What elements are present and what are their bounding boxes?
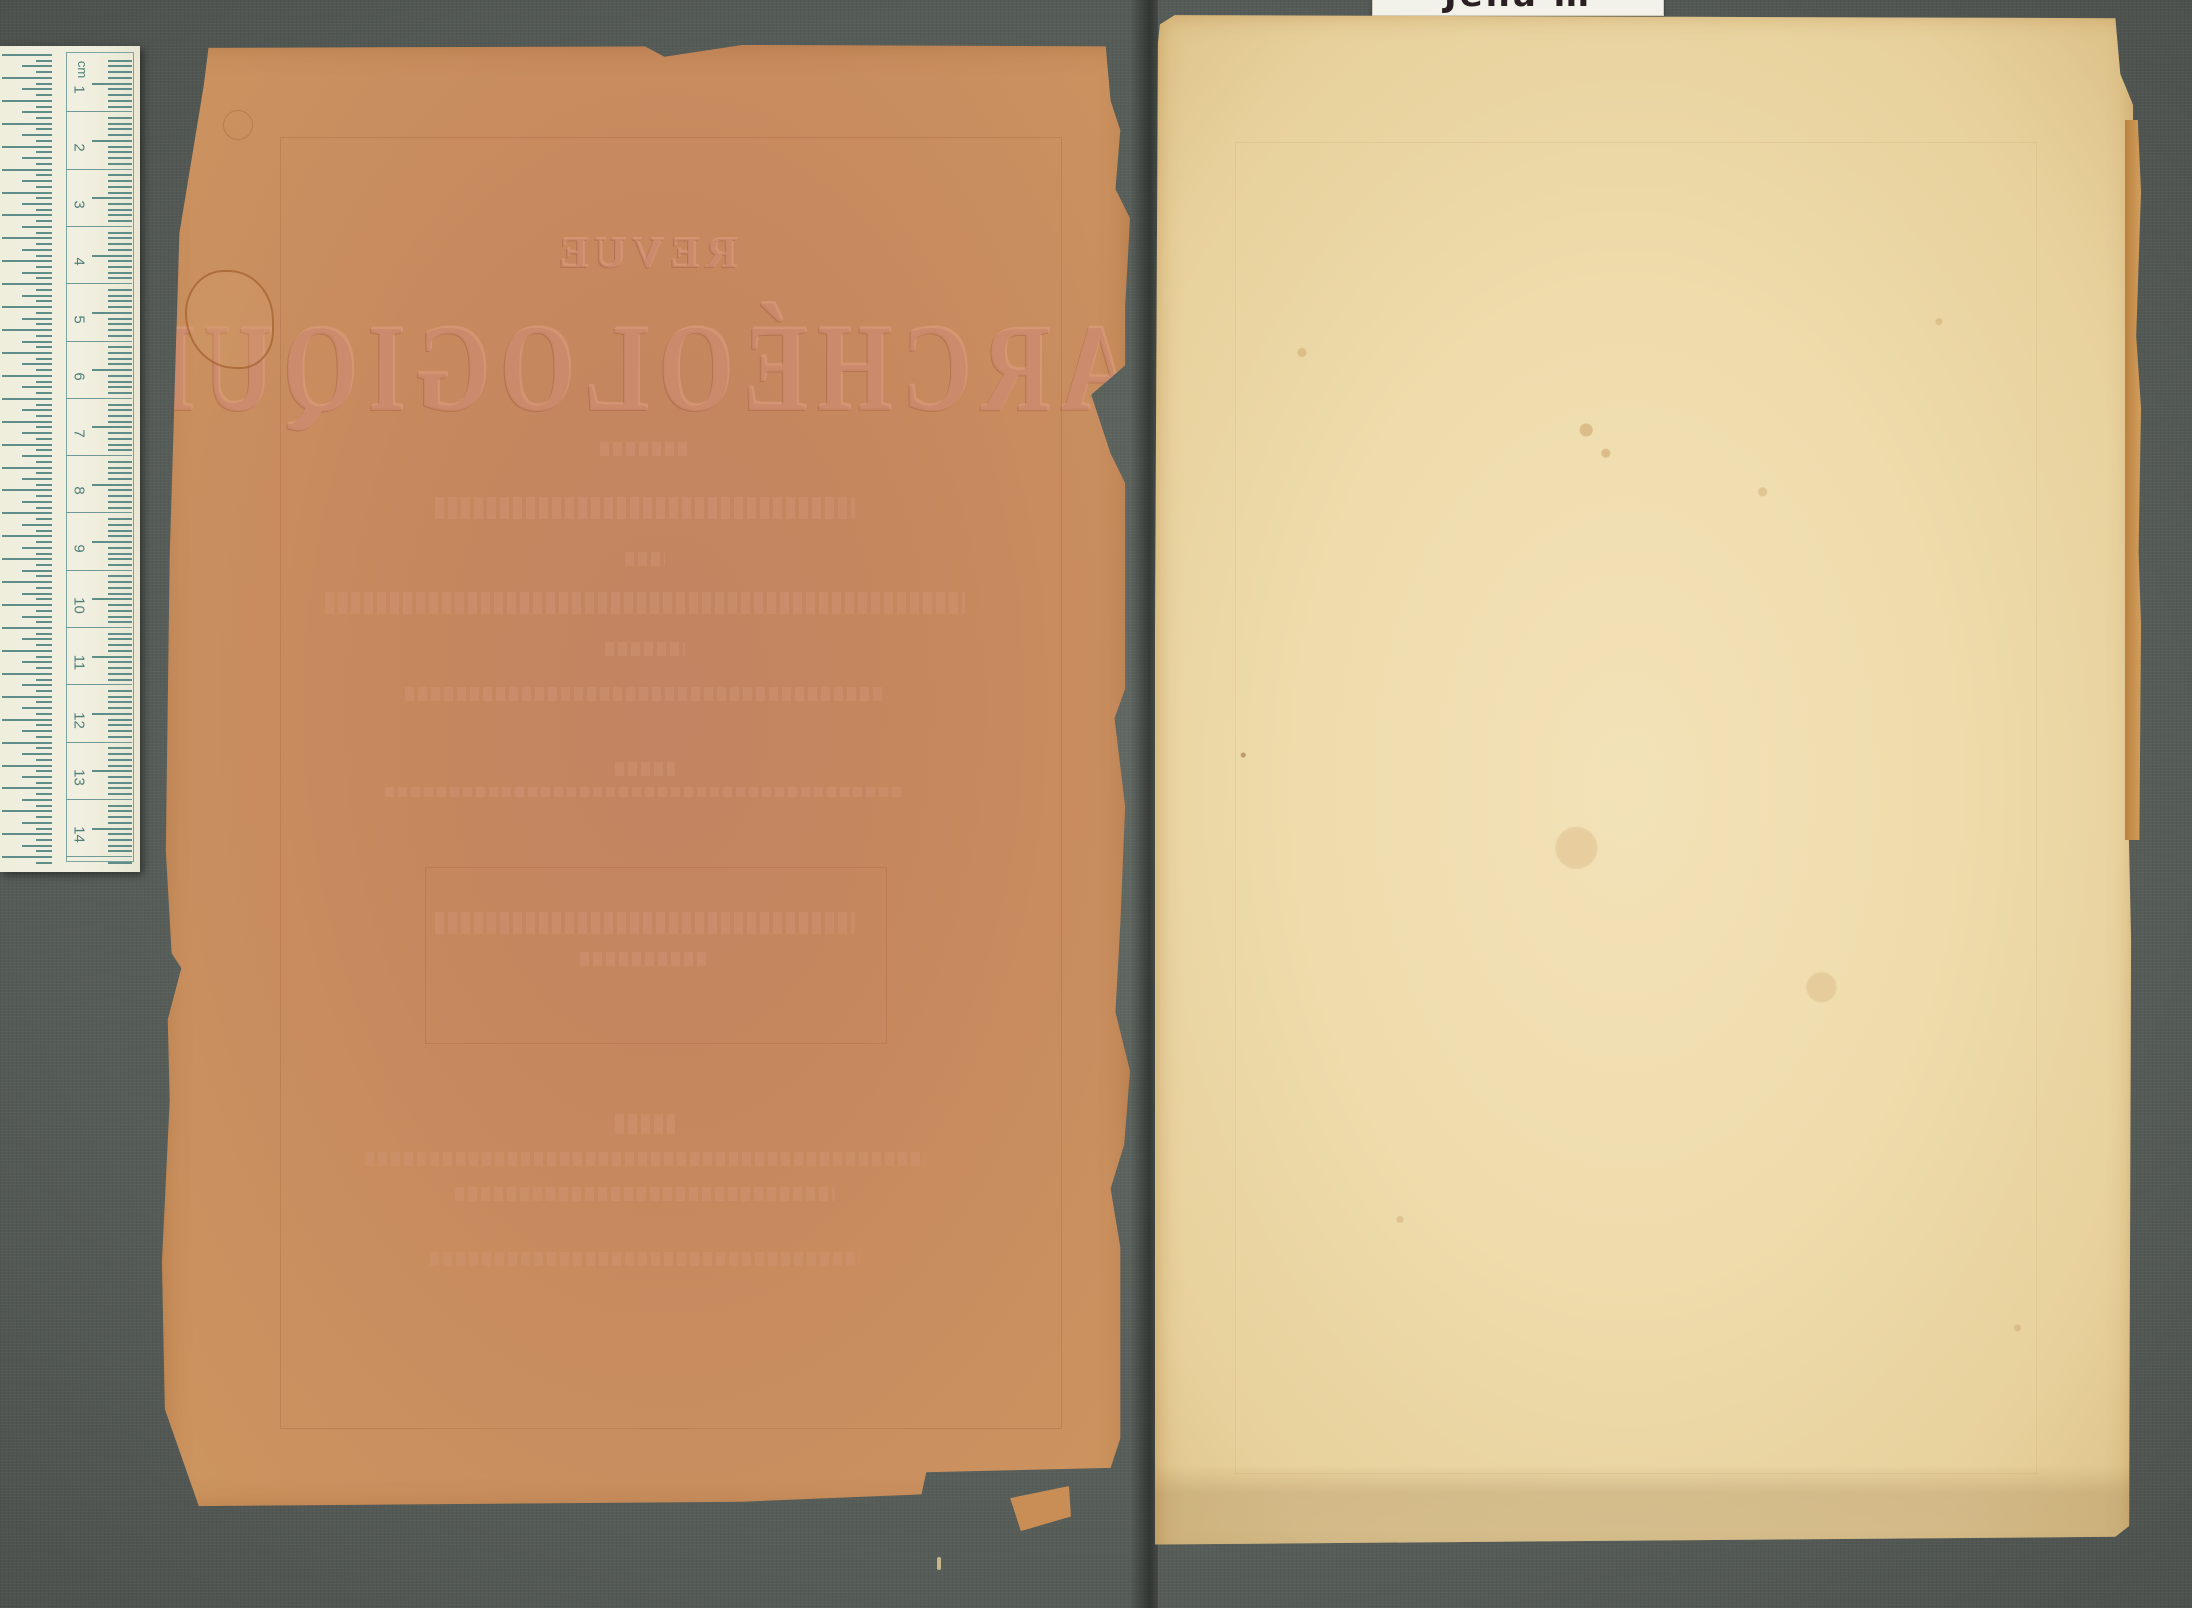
ruler-tick	[108, 306, 132, 308]
ruler-tick	[108, 249, 132, 251]
ruler-tick	[108, 707, 132, 709]
ruler-tick	[108, 117, 132, 119]
ruler-tick	[108, 392, 132, 394]
ruler-tick	[108, 272, 132, 274]
ruler-tick	[108, 616, 132, 618]
right-sheet-blank-page	[1155, 12, 2135, 1560]
ruler-tick	[108, 547, 132, 549]
faint-text-line	[580, 952, 710, 966]
ruler-tick	[108, 186, 132, 188]
mirrored-title-line-1: REVUE	[160, 227, 1130, 278]
ruler-tick	[108, 759, 132, 761]
faint-text-line	[385, 787, 905, 797]
ruler-tick	[108, 237, 132, 239]
ruler-tick	[108, 701, 132, 703]
ruler-tick	[108, 690, 132, 692]
ruler-tick	[108, 128, 132, 130]
ruler-tick	[108, 564, 132, 566]
ruler-tick	[108, 106, 132, 108]
ruler-tick	[108, 438, 132, 440]
ruler-tick	[108, 214, 132, 216]
ruler-tick	[108, 209, 132, 211]
ruler-tick	[108, 604, 132, 606]
ruler-tick	[92, 83, 132, 85]
ruler-tick	[108, 295, 132, 297]
ruler-tick	[92, 770, 132, 772]
ruler-tick	[92, 484, 132, 486]
ruler-tick	[108, 266, 132, 268]
faint-text-line	[625, 552, 665, 566]
ruler-tick	[92, 656, 132, 658]
ruler-tick	[108, 421, 132, 423]
ruler-tick	[108, 661, 132, 663]
ruler-tick	[108, 667, 132, 669]
ruler-tick	[108, 850, 132, 852]
faint-text-line	[615, 762, 675, 776]
ruler-cm-label: 12	[71, 709, 88, 731]
ruler-tick	[92, 140, 132, 142]
ruler-tick	[108, 644, 132, 646]
ruler-cm-label: 7	[71, 423, 88, 445]
ruler-tick	[108, 289, 132, 291]
ruler-tick	[108, 518, 132, 520]
ruler-tick	[108, 501, 132, 503]
ruler-cm-label: 8	[71, 480, 88, 502]
ruler-tick	[92, 541, 132, 543]
ruler-tick	[108, 358, 132, 360]
ruler-tick	[108, 489, 132, 491]
ruler-tick	[108, 621, 132, 623]
ruler-tick	[108, 65, 132, 67]
ruler-tick	[108, 587, 132, 589]
faint-text-line	[615, 1114, 675, 1134]
ruler-tick	[108, 524, 132, 526]
faint-text-line	[605, 642, 685, 656]
faint-text-line	[455, 1187, 835, 1201]
ruler-tick	[92, 426, 132, 428]
ruler-tick	[108, 719, 132, 721]
ruler-tick	[108, 300, 132, 302]
ruler-tick	[108, 77, 132, 79]
ruler-tick	[108, 472, 132, 474]
faint-text-line	[430, 1252, 860, 1266]
ruler-cm-label: 10	[71, 595, 88, 617]
ruler-tick	[108, 478, 132, 480]
ruler-tick	[108, 747, 132, 749]
ruler-tick	[108, 782, 132, 784]
ruler-tick	[108, 730, 132, 732]
faint-text-line	[435, 912, 855, 934]
ruler-tick	[108, 151, 132, 153]
ruler-tick	[108, 816, 132, 818]
ruler-tick	[108, 724, 132, 726]
ruler-tick	[108, 810, 132, 812]
ruler-tick	[108, 581, 132, 583]
ruler-tick	[108, 277, 132, 279]
ruler-tick	[108, 180, 132, 182]
ruler-tick	[108, 404, 132, 406]
torn-edge-strip	[2125, 120, 2141, 840]
ruler-cm-label: 2	[71, 136, 88, 158]
ruler-tick	[108, 833, 132, 835]
ruler-tick	[108, 335, 132, 337]
paper-debris	[937, 1557, 941, 1570]
ruler-tick	[108, 203, 132, 205]
ruler-tick	[108, 650, 132, 652]
ruler-tick	[108, 805, 132, 807]
ruler-tick	[108, 507, 132, 509]
ruler-cm-label: 5	[71, 308, 88, 330]
detached-paper-fragment	[1010, 1486, 1075, 1532]
ruler-tick	[108, 60, 132, 62]
ruler-tick	[108, 862, 132, 864]
ruler-tick	[108, 558, 132, 560]
ruler-tick	[108, 71, 132, 73]
ruler-tick	[108, 134, 132, 136]
ruler-tick	[92, 598, 132, 600]
ruler-tick	[108, 449, 132, 451]
ruler-tick	[108, 386, 132, 388]
ruler-tick	[108, 174, 132, 176]
ruler-cm-label: 4	[71, 251, 88, 273]
ruler-tick	[92, 255, 132, 257]
ruler-tick	[92, 197, 132, 199]
ruler-tick	[108, 100, 132, 102]
ruler-tick	[108, 409, 132, 411]
ruler-tick	[108, 381, 132, 383]
measuring-ruler: cm 1234567891011121314	[0, 46, 140, 872]
ruler-tick	[108, 415, 132, 417]
mirrored-title-line-2: ARCHÉOLOGIQUE	[160, 295, 1130, 439]
ruler-cm-label: 14	[71, 824, 88, 846]
ruler-tick	[108, 467, 132, 469]
ruler-tick	[108, 530, 132, 532]
ruler-tick	[108, 793, 132, 795]
ruler-tick	[108, 88, 132, 90]
ruler-tick	[108, 432, 132, 434]
ruler-cm-label: 1	[71, 79, 88, 101]
ruler-cm-label: 11	[71, 652, 88, 674]
ruler-tick	[108, 679, 132, 681]
ruler-tick	[108, 736, 132, 738]
ruler-tick	[108, 157, 132, 159]
ruler-tick	[108, 633, 132, 635]
ruler-tick	[108, 776, 132, 778]
ruler-tick	[108, 220, 132, 222]
ruler-tick	[108, 575, 132, 577]
ruler-tick	[108, 352, 132, 354]
ruler-tick	[108, 553, 132, 555]
ruler-tick	[108, 638, 132, 640]
ruler-tick	[108, 260, 132, 262]
ruler-tick	[108, 323, 132, 325]
faint-text-line	[325, 592, 965, 614]
ruler-cm-label: 3	[71, 193, 88, 215]
ruler-tick	[108, 696, 132, 698]
faint-text-line	[365, 1152, 925, 1166]
ruler-tick	[108, 363, 132, 365]
small-stain	[223, 110, 253, 140]
ruler-cm-label: 9	[71, 537, 88, 559]
ruler-tick	[108, 375, 132, 377]
ruler-tick	[108, 765, 132, 767]
ruler-tick	[108, 461, 132, 463]
ruler-tick	[108, 232, 132, 234]
ruler-tick	[108, 822, 132, 824]
ruler-tick	[108, 845, 132, 847]
faint-text-line	[435, 497, 855, 519]
ruler-tick	[108, 94, 132, 96]
ruler-tick	[108, 753, 132, 755]
ruler-tick	[92, 369, 132, 371]
ruler-tick	[108, 146, 132, 148]
ruler-unit-label: cm	[75, 61, 90, 78]
faint-text-line	[600, 442, 690, 456]
ruler-tick	[108, 535, 132, 537]
ruler-tick	[108, 192, 132, 194]
ruler-tick	[108, 243, 132, 245]
ruler-tick	[92, 828, 132, 830]
ruler-tick	[92, 713, 132, 715]
ruler-cm-label: 6	[71, 365, 88, 387]
ruler-tick	[108, 329, 132, 331]
ruler-tick	[108, 839, 132, 841]
ruler-tick	[108, 123, 132, 125]
ruler-tick	[108, 610, 132, 612]
ruler-cm-label: 13	[71, 766, 88, 788]
ruler-tick	[108, 444, 132, 446]
ruler-tick	[92, 312, 132, 314]
left-sheet-cover: REVUE ARCHÉOLOGIQUE	[160, 42, 1130, 1512]
ruler-tick	[108, 346, 132, 348]
ruler-tick	[108, 673, 132, 675]
ruler-tick	[108, 163, 132, 165]
ruler-tick	[108, 787, 132, 789]
catalog-label: Jena m 31892	[1372, 0, 1664, 16]
faint-text-line	[405, 687, 885, 701]
ruler-tick	[108, 495, 132, 497]
ruler-tick	[108, 318, 132, 320]
ruler-tick	[108, 593, 132, 595]
